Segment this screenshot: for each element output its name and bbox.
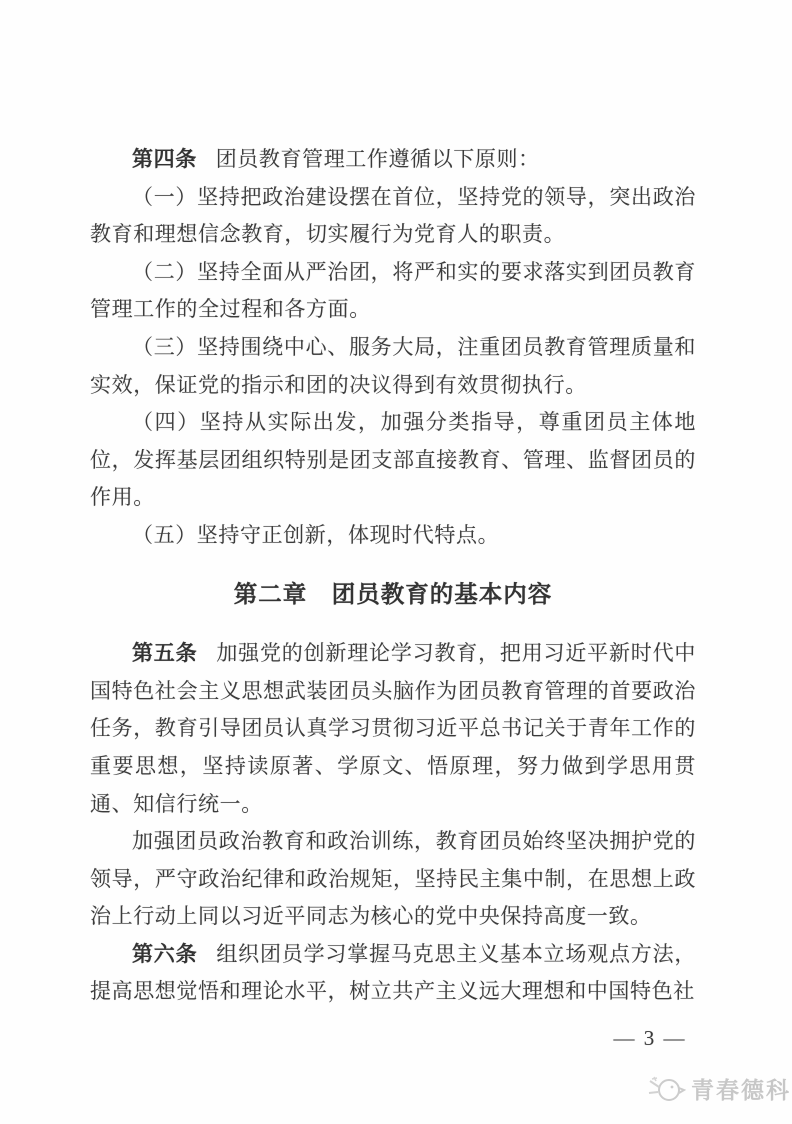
watermark: 青春德科	[646, 1072, 791, 1105]
paragraph-text: （五）坚持守正创新，体现时代特点。	[132, 523, 499, 547]
page-number: — 3 —	[602, 1026, 698, 1051]
article-number: 第五条	[132, 641, 197, 665]
watermark-label: 青春德科	[691, 1072, 791, 1105]
article-number: 第六条	[132, 942, 197, 966]
paragraph-text: （三）坚持围绕中心、服务大局，注重团员教育管理质量和实效，保证党的指示和团的决议…	[90, 335, 696, 397]
paragraph-text: （一）坚持把政治建设摆在首位，坚持党的领导，突出政治教育和理想信念教育，切实履行…	[90, 185, 696, 247]
paragraph-text: 加强团员政治教育和政治训练，教育团员始终坚决拥护党的领导，严守政治纪律和政治规矩…	[90, 829, 696, 928]
scanned-document-page: 第四条团员教育管理工作遵循以下原则： （一）坚持把政治建设摆在首位，坚持党的领导…	[0, 0, 792, 1124]
body-paragraph: （三）坚持围绕中心、服务大局，注重团员教育管理质量和实效，保证党的指示和团的决议…	[90, 329, 696, 404]
article-paragraph: 第六条组织团员学习掌握马克思主义基本立场观点方法，提高思想觉悟和理论水平，树立共…	[90, 936, 696, 1011]
body-paragraph: （五）坚持守正创新，体现时代特点。	[90, 517, 696, 555]
paragraph-text: （四）坚持从实际出发，加强分类指导，尊重团员主体地位，发挥基层团组织特别是团支部…	[90, 410, 696, 509]
paragraph-text: （二）坚持全面从严治团，将严和实的要求落实到团员教育管理工作的全过程和各方面。	[90, 260, 696, 322]
chapter-heading: 第二章 团员教育的基本内容	[90, 577, 696, 615]
article-paragraph: 第五条加强党的创新理论学习教育，把用习近平新时代中国特色社会主义思想武装团员头脑…	[90, 635, 696, 823]
document-body: 第四条团员教育管理工作遵循以下原则： （一）坚持把政治建设摆在首位，坚持党的领导…	[90, 141, 696, 1011]
body-paragraph: 加强团员政治教育和政治训练，教育团员始终坚决拥护党的领导，严守政治纪律和政治规矩…	[90, 823, 696, 936]
body-paragraph: （一）坚持把政治建设摆在首位，坚持党的领导，突出政治教育和理想信念教育，切实履行…	[90, 179, 696, 254]
bird-sketch-icon	[646, 1073, 686, 1105]
body-paragraph: （四）坚持从实际出发，加强分类指导，尊重团员主体地位，发挥基层团组织特别是团支部…	[90, 404, 696, 517]
article-text: 团员教育管理工作遵循以下原则：	[216, 147, 540, 171]
article-text: 加强党的创新理论学习教育，把用习近平新时代中国特色社会主义思想武装团员头脑作为团…	[90, 641, 696, 815]
article-number: 第四条	[132, 147, 197, 171]
body-paragraph: （二）坚持全面从严治团，将严和实的要求落实到团员教育管理工作的全过程和各方面。	[90, 254, 696, 329]
article-paragraph: 第四条团员教育管理工作遵循以下原则：	[90, 141, 696, 179]
